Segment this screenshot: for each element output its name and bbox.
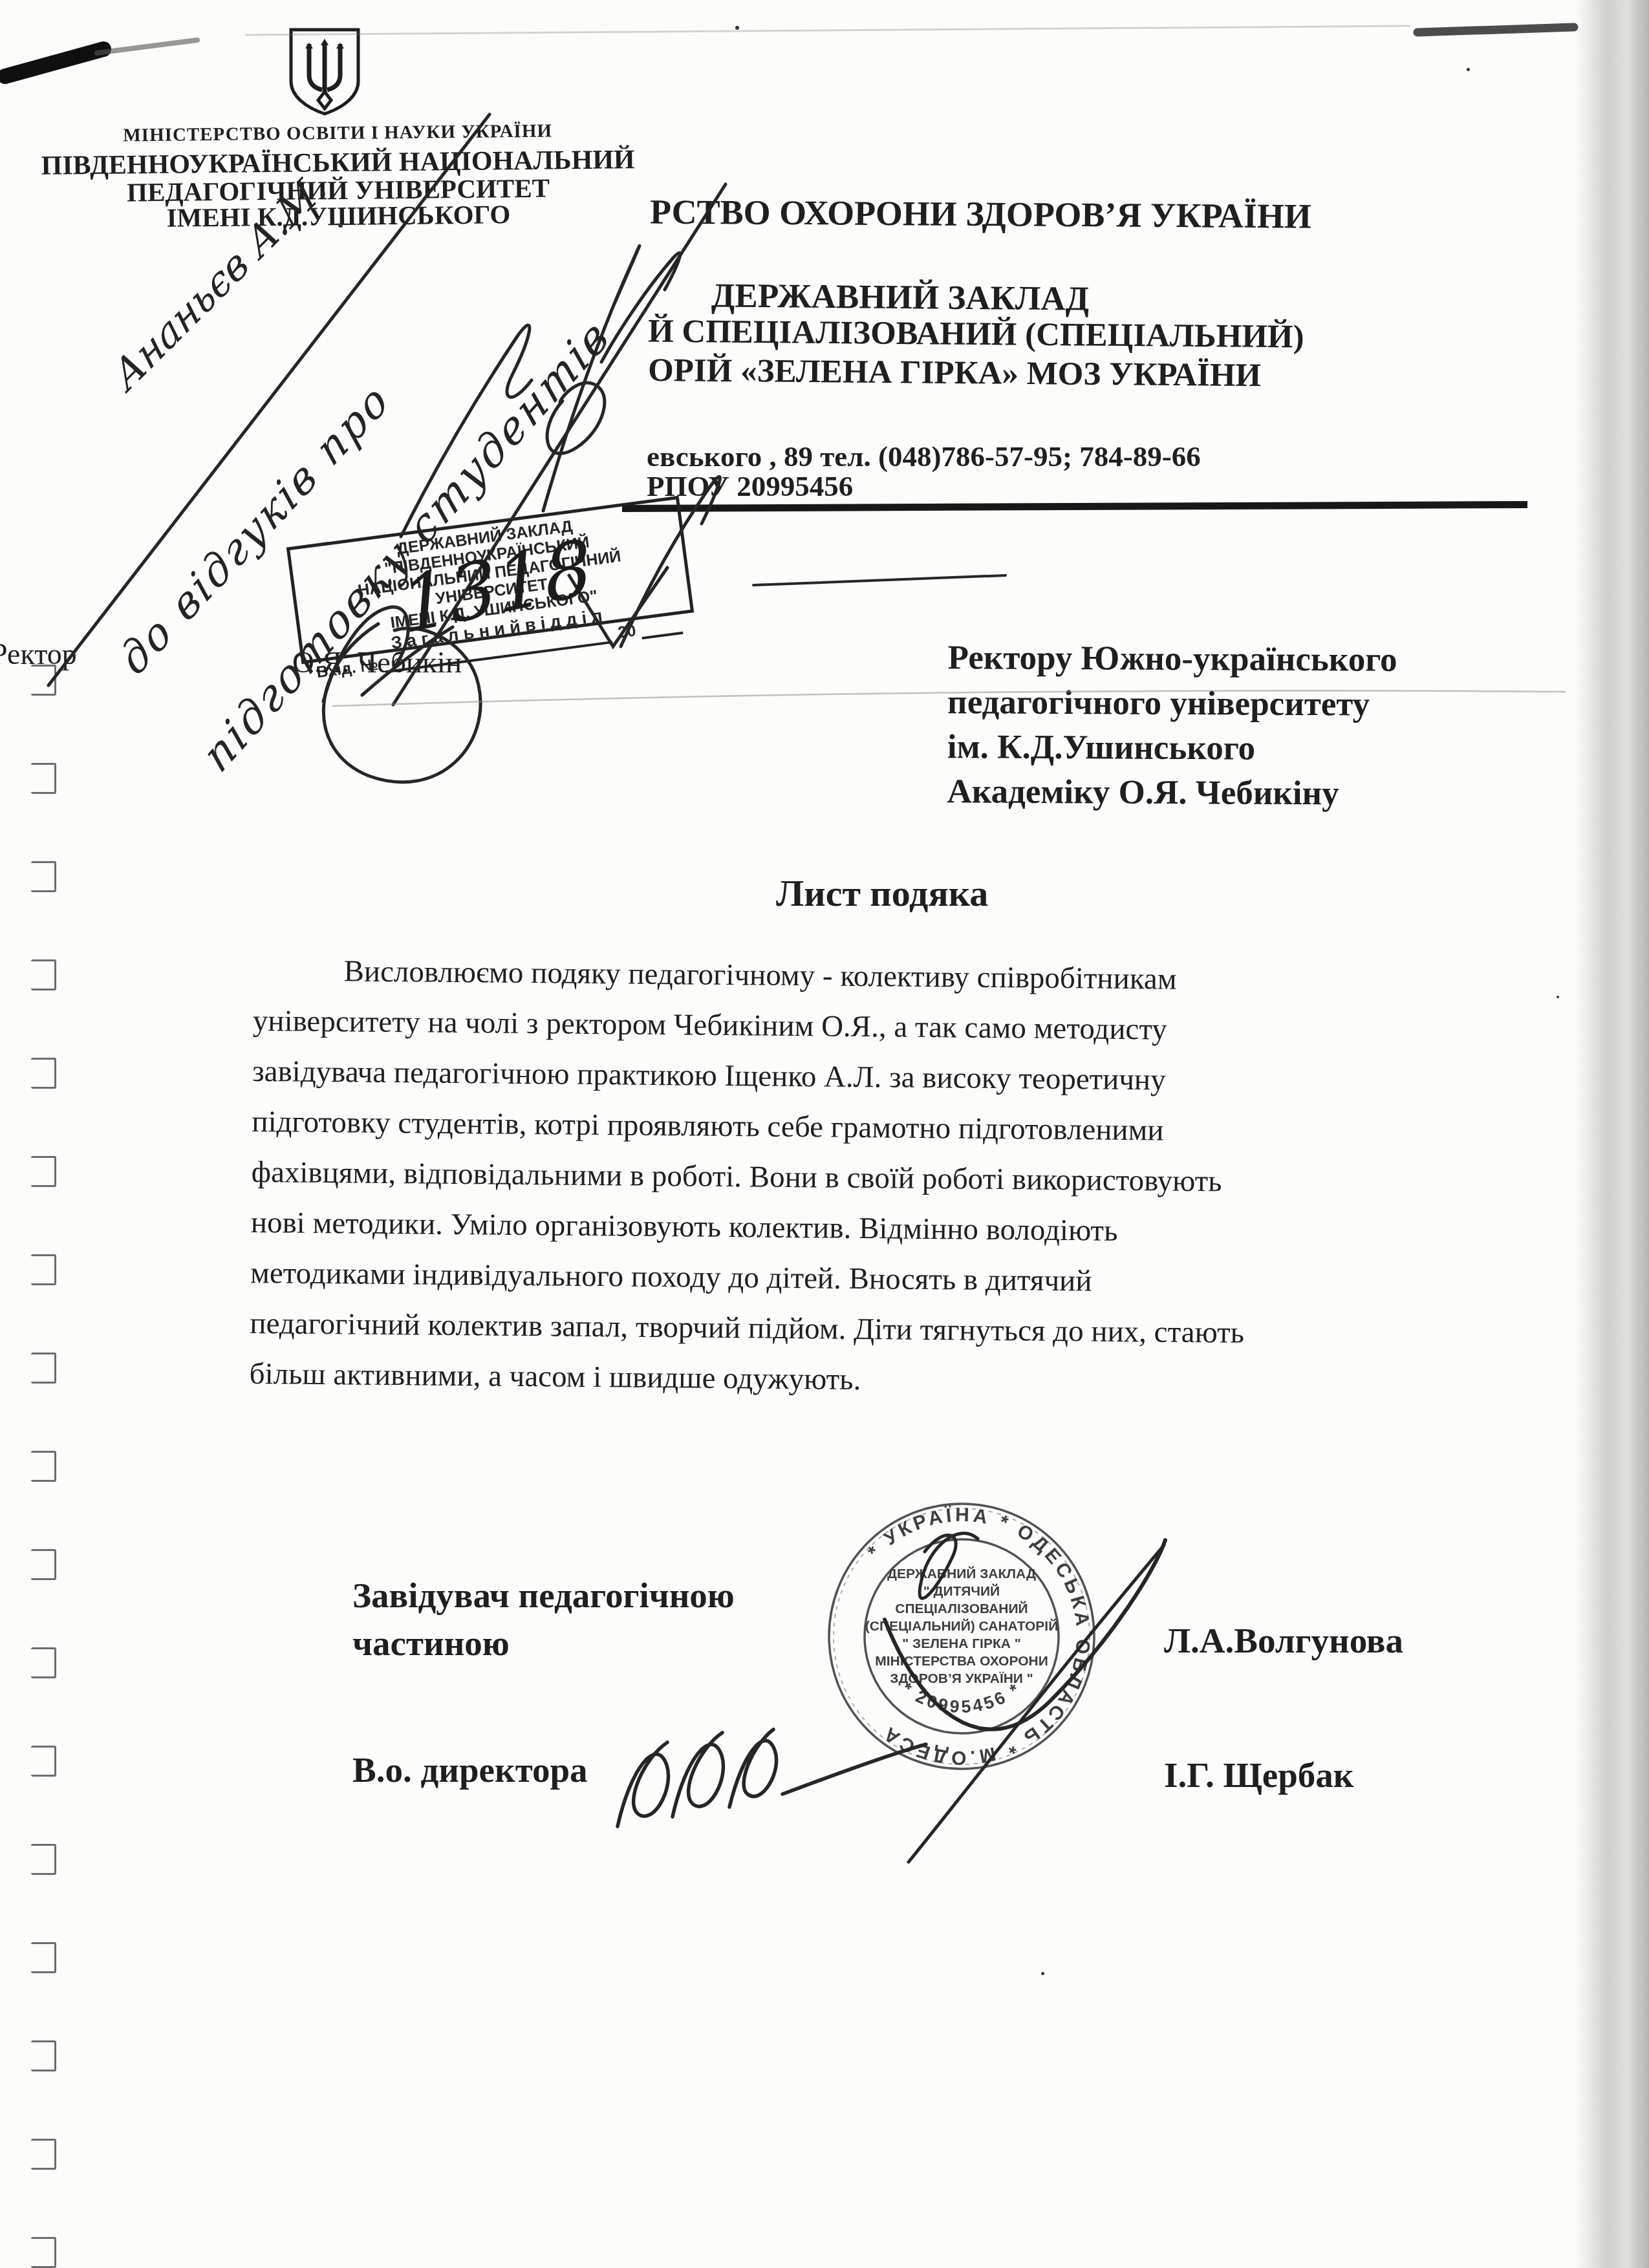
address-phone-line: евського , 89 тел. (048)786-57-95; 784-8… [647, 440, 1201, 473]
binding-mark [31, 2237, 56, 2268]
binding-mark [31, 1254, 56, 1285]
recipient-block: Ректору Южно-українського педагогічного … [947, 636, 1397, 817]
recipient-line4: Академіку О.Я. Чебикіну [947, 769, 1396, 817]
round-official-seal: * УКРАЇНА * ОДЕСЬКА ОБЛАСТЬ * М.ОДЕСА ДЕ… [823, 1497, 1101, 1775]
binding-mark [31, 2040, 56, 2071]
signer1-role-line2: частиною [352, 1623, 510, 1664]
scan-speck [1467, 68, 1470, 71]
binding-mark [31, 1156, 56, 1187]
scan-speck [1557, 996, 1559, 998]
autograph-loop [729, 1729, 777, 1807]
signer2-name: І.Г. Щербак [1164, 1755, 1354, 1795]
scan-speck [735, 26, 739, 30]
sender-letterhead-left: МІНІСТЕРСТВО ОСВІТИ І НАУКИ УКРАЇНИ ПІВД… [39, 0, 634, 3]
signer1-role-line1: Завідувач педагогічною [352, 1575, 735, 1616]
scanned-letter-page: МІНІСТЕРСТВО ОСВІТИ І НАУКИ УКРАЇНИ ПІВД… [0, 0, 1649, 2268]
scan-smear [97, 40, 197, 53]
binding-mark [31, 763, 56, 794]
ukraine-trident-emblem [287, 27, 362, 116]
scan-speck [338, 223, 343, 228]
recipient-line1: Ректору Южно-українського [947, 636, 1397, 683]
autograph-loop [618, 1742, 668, 1826]
signer1-name: Л.А.Волгунова [1164, 1620, 1403, 1661]
binding-mark [31, 1844, 56, 1875]
seal-center-line: СПЕЦІАЛІЗОВАНИЙ [895, 1601, 1028, 1616]
recipient-line3: ім. К.Д.Ушинського [947, 725, 1397, 772]
seal-center-line: " ДИТЯЧИЙ [923, 1583, 1000, 1599]
scan-speck [563, 979, 566, 983]
state-institution-line: ДЕРЖАВНИЙ ЗАКЛАД [711, 276, 1090, 318]
ministry-of-health-line: РСТВО ОХОРОНИ ЗДОРОВ’Я УКРАЇНИ [650, 191, 1311, 236]
seal-center-line: МІНІСТЕРСТВА ОХОРОНИ [875, 1654, 1048, 1669]
binding-mark [31, 1451, 56, 1482]
seal-center-line: ДЕРЖАВНИЙ ЗАКЛАД [887, 1566, 1036, 1581]
scan-smear-corner [5, 49, 103, 76]
binding-mark [31, 1647, 56, 1678]
entry-year-prefix: 20 [617, 621, 637, 642]
autograph-loop [673, 1733, 723, 1817]
binding-mark [31, 861, 56, 892]
binding-mark [31, 1942, 56, 1973]
seal-center-line: (СПЕЦІАЛЬНИЙ) САНАТОРІЙ [865, 1618, 1059, 1634]
letter-title: Лист подяка [776, 872, 988, 915]
binding-mark [31, 665, 56, 696]
ministry-of-education-line: МІНІСТЕРСТВО ОСВІТИ І НАУКИ УКРАЇНИ [40, 120, 635, 147]
binding-mark [31, 1746, 56, 1777]
recipient-line2: педагогічного університету [947, 680, 1397, 727]
seal-center-line: " ЗЕЛЕНА ГІРКА " [902, 1636, 1020, 1651]
signer2-role: В.о. директора [352, 1749, 588, 1790]
letter-body: Висловлюємо подяку педагогічному - колек… [249, 945, 1540, 1411]
binding-mark [31, 1353, 56, 1384]
university-name-line3: ІМЕНІ К.Д.УШИНСЬКОГО [41, 197, 636, 235]
binding-mark [31, 1549, 56, 1580]
scan-smear [1417, 27, 1574, 32]
binding-mark [31, 959, 56, 990]
pen-line [753, 575, 1006, 585]
binding-mark [31, 2139, 56, 2170]
scanner-shadow-band [1575, 0, 1649, 2268]
scan-smear [246, 26, 1410, 35]
zelena-hirka-line: ОРІЙ «ЗЕЛЕНА ГІРКА» МОЗ УКРАЇНИ [648, 352, 1262, 394]
specialized-sanatorium-line: Й СПЕЦІАЛІЗОВАНИЙ (СПЕЦІАЛЬНИЙ) [648, 313, 1304, 356]
binding-mark [31, 1058, 56, 1089]
entry-year-blank-line [640, 616, 683, 639]
scan-speck [1041, 1972, 1044, 1975]
